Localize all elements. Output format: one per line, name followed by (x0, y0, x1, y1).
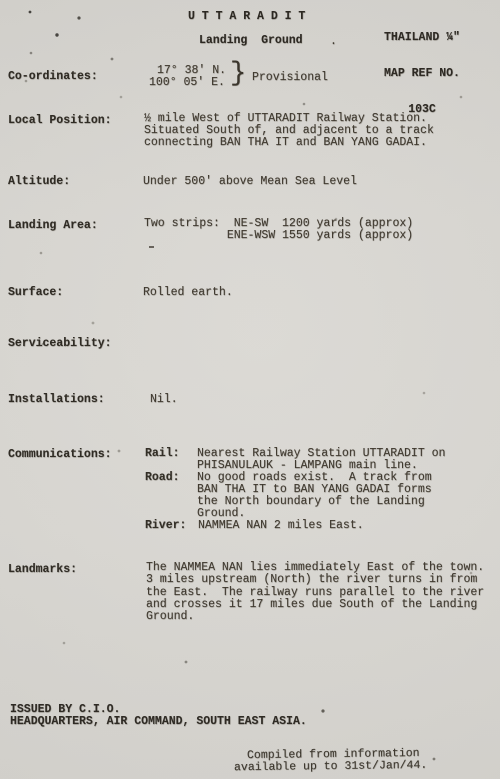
road-label: Road: (145, 472, 180, 484)
local-position-line: connecting BAN THA IT and BAN YANG GADAI… (144, 137, 427, 149)
provisional-note: Provisional (252, 72, 328, 84)
field-label-coordinates: Co-ordinates: (8, 71, 98, 83)
map-ref-region: THAILAND ¼" (376, 32, 468, 44)
field-label-communications: Communications: (8, 449, 112, 461)
landmarks-line: Ground. (146, 611, 194, 623)
field-label-landing-area: Landing Area: (8, 220, 98, 232)
headquarters-line: HEADQUARTERS, AIR COMMAND, SOUTH EAST AS… (10, 716, 307, 728)
field-label-altitude: Altitude: (8, 176, 70, 188)
river-label: River: (145, 520, 186, 532)
landing-area-line: ENE-WSW 1550 yards (approx) (144, 230, 413, 242)
map-ref-label: MAP REF NO. (376, 68, 468, 80)
field-label-installations: Installations: (8, 394, 105, 406)
document-page: U T T A R A D I T Landing Ground . THAIL… (0, 0, 500, 779)
page-subtitle: Landing Ground (199, 35, 303, 47)
stray-period-mark: . (330, 36, 337, 48)
stray-dash-mark (149, 246, 154, 248)
field-label-landmarks: Landmarks: (8, 564, 77, 576)
landmarks-line: and crosses it 17 miles due South of the… (146, 599, 477, 611)
longitude-value: 100° 05' E. (149, 77, 225, 89)
brace-glyph: } (230, 59, 246, 89)
rail-label: Rail: (145, 448, 180, 460)
page-title: U T T A R A D I T (188, 11, 305, 23)
surface-value: Rolled earth. (143, 287, 233, 299)
river-value: NAMMEA NAN 2 miles East. (198, 520, 364, 532)
field-label-local-position: Local Position: (8, 115, 112, 127)
landmarks-line: 3 miles upstream (North) the river turns… (146, 574, 477, 586)
compiled-note-line: available up to 31st/Jan/44. (234, 760, 427, 774)
field-label-surface: Surface: (8, 287, 63, 299)
field-label-serviceability: Serviceability: (8, 338, 112, 350)
installations-value: Nil. (150, 394, 178, 406)
paper-noise (0, 0, 2, 2)
altitude-value: Under 500' above Mean Sea Level (143, 176, 357, 188)
